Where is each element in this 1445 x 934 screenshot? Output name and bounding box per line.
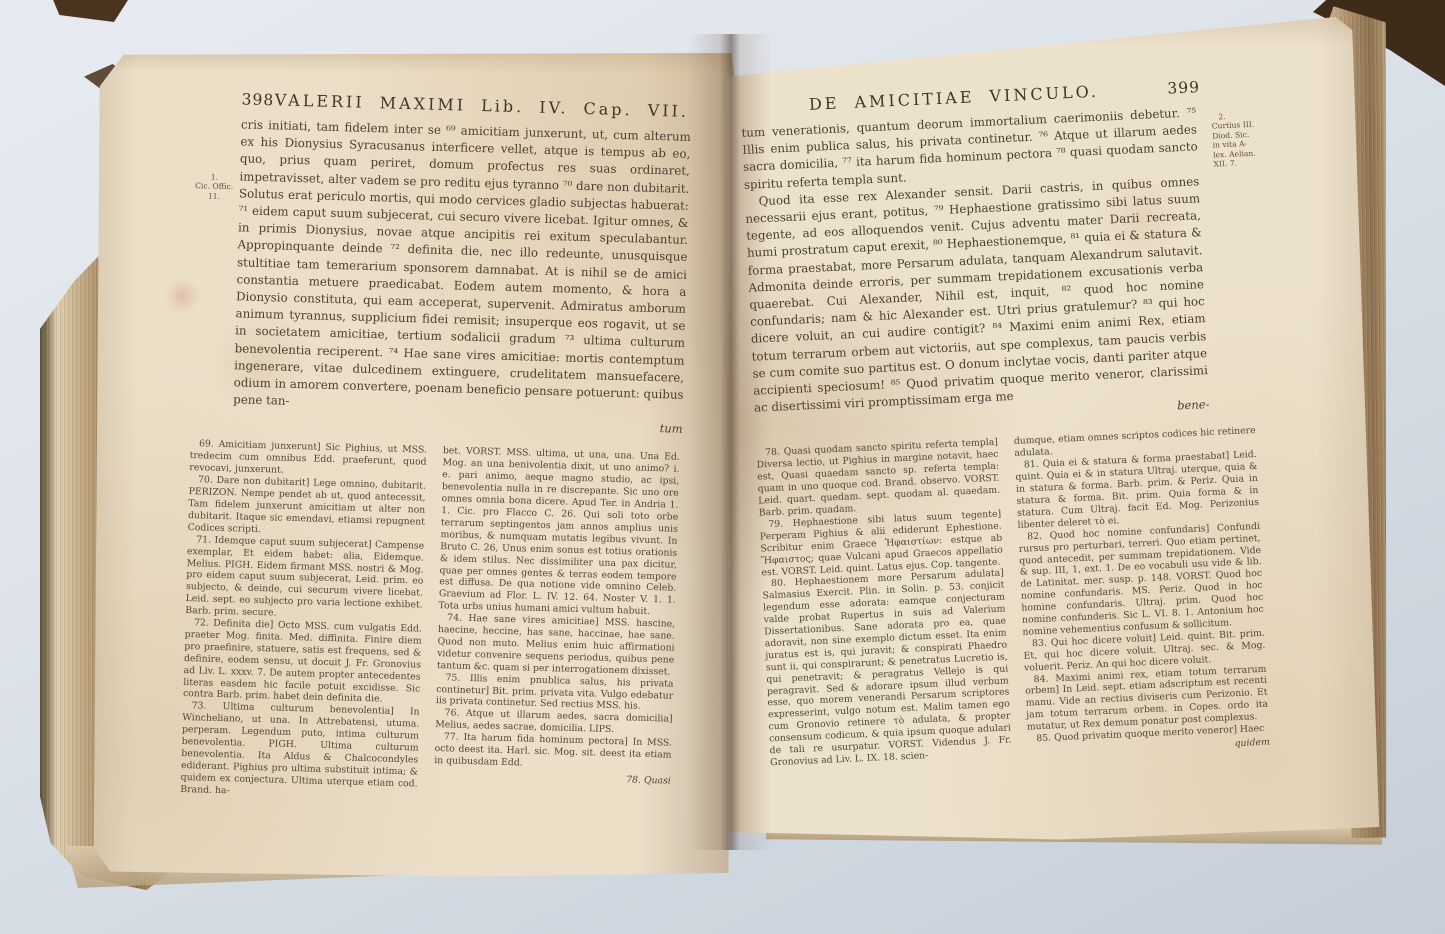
footnote-78: 78. Quasi quodam sancto spiritu referta …: [756, 437, 1001, 519]
right-page-number: 399: [1167, 78, 1200, 97]
footnote-80: 80. Hephaestionem more Persarum adulata]…: [762, 568, 1012, 769]
right-footnotes-column-1: 78. Quasi quodam sancto spiritu referta …: [756, 437, 1012, 771]
right-page-content: DE AMICITIAE VINCULO. 399 2. Curtius III…: [740, 73, 1318, 771]
footnote-81: 81. Quia ei & statura & forma praestabat…: [1015, 449, 1260, 531]
left-footnotes: 69. Amicitiam junxerunt] Sic Pighius, ut…: [180, 439, 680, 810]
left-page-content: 398 VALERII MAXIMI Lib. IV. Cap. VII. 1.…: [122, 87, 690, 810]
left-page-header: 398 VALERII MAXIMI Lib. IV. Cap. VII.: [241, 89, 689, 121]
left-footnotes-column-2: bet. VORST. MSS. ultima, ut una, una. Un…: [433, 446, 680, 810]
left-page: 398 VALERII MAXIMI Lib. IV. Cap. VII. 1.…: [90, 46, 734, 879]
left-running-title: VALERII MAXIMI Lib. IV. Cap. VII.: [274, 90, 690, 121]
footnote-79: 79. Hephaestione sibi latus suum tegente…: [759, 508, 1003, 578]
footnote-70: 70. Dare non dubitarit] Lege omnino, dub…: [187, 474, 426, 540]
right-margin-note: 2. Curtius III. Diod. Sic. in vita A- le…: [1205, 109, 1293, 169]
left-body-text: cris initiati, tam fidelem inter se ⁶⁹ a…: [233, 116, 691, 421]
right-footnotes: 78. Quasi quodam sancto spiritu referta …: [756, 425, 1270, 771]
right-body-paragraph-2: Quod ita esse rex Alexander sensit. Dari…: [744, 173, 1209, 417]
margin-note-line: Cic. Offic.: [191, 181, 237, 192]
left-footnotes-column-1: 69. Amicitiam junxerunt] Sic Pighius, ut…: [180, 439, 427, 803]
right-footnotes-column-2: dumque, etiam omnes scriptos codices hic…: [1014, 425, 1270, 759]
footnote-77: 77. Ita harum fida hominum pectora] In M…: [434, 731, 672, 773]
footnote-82: 82. Quod hoc nomine confundaris] Confund…: [1018, 521, 1265, 639]
cover-corner-top-left: [50, 0, 128, 22]
footnote-73: 73. Ultima culturum benevolentia] In Win…: [180, 700, 420, 802]
footnote-71: 71. Idemque caput suum subjecerat] Campe…: [185, 534, 424, 624]
margin-note-line: 11.: [191, 191, 237, 202]
footnote-84: 84. Maximi animi rex, etiam totum terrar…: [1024, 663, 1268, 733]
book-photo: 398 VALERII MAXIMI Lib. IV. Cap. VII. 1.…: [0, 0, 1445, 934]
footnote-74: 74. Hae sane vires amicitiae] MSS. hasci…: [437, 612, 676, 678]
footnote-72: 72. Definita die] Octo MSS. cum vulgatis…: [183, 617, 422, 707]
left-page-number: 398: [241, 90, 274, 109]
left-margin-note: 1. Cic. Offic. 11.: [191, 172, 238, 201]
right-page: DE AMICITIAE VINCULO. 399 2. Curtius III…: [724, 12, 1396, 842]
footnote-73-continued: bet. VORST. MSS. ultima, ut una, una. Un…: [438, 446, 680, 619]
